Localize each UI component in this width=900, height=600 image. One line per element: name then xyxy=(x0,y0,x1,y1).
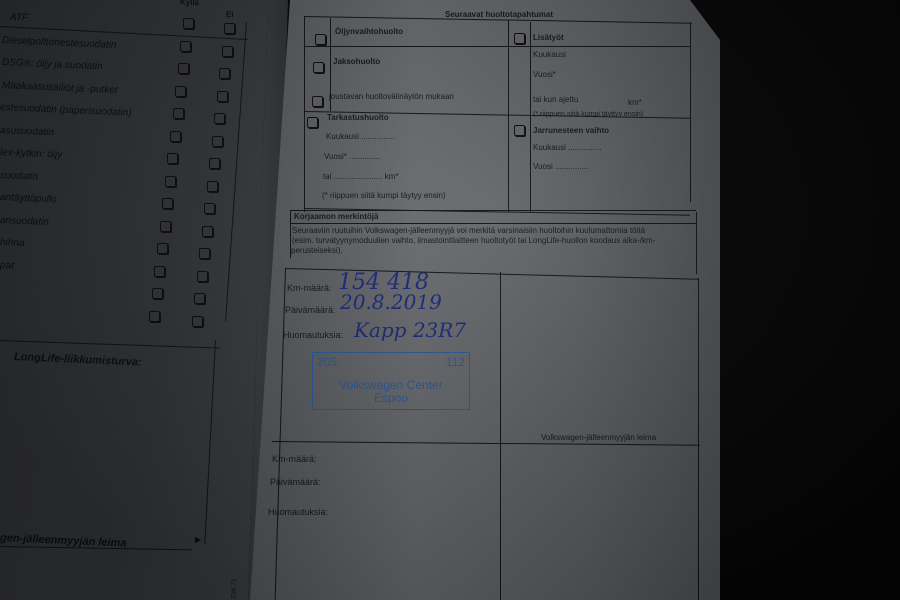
table-right xyxy=(690,22,691,202)
extra-work-or-km: tai kun ajettu xyxy=(533,95,578,104)
entry1-notes-label: Huomautuksia: xyxy=(283,330,343,340)
checkbox-yes[interactable] xyxy=(180,41,191,52)
checkbox-yes[interactable] xyxy=(160,221,171,232)
checkbox-yes[interactable] xyxy=(170,131,181,142)
workshop-notes-line2: (esim. turvatyynymoduulien vaihto, ilmas… xyxy=(292,236,655,245)
checkbox-yes[interactable] xyxy=(152,288,163,299)
inspection-checkbox[interactable] xyxy=(307,117,318,128)
brake-fluid-year: Vuosi ............... xyxy=(533,162,588,171)
checkbox-no[interactable] xyxy=(194,293,205,304)
checkbox-yes[interactable] xyxy=(173,108,184,119)
inspection-month: Kuukausi ............... xyxy=(326,132,394,141)
extra-work-title: Lisätyöt xyxy=(533,33,564,42)
extra-work-note: (* riippuen siitä kumpi täyttyy ensin) xyxy=(533,111,643,118)
entry2-date-label: Päivämäärä: xyxy=(270,477,321,487)
notes-rule xyxy=(290,223,696,224)
column-header-no: Ei xyxy=(226,10,234,19)
checklist-item-label: asusuodatin xyxy=(0,125,54,138)
checkbox-no[interactable] xyxy=(202,226,213,237)
checkbox-no[interactable] xyxy=(222,46,233,57)
checkbox-yes[interactable] xyxy=(157,243,168,254)
checkbox-no[interactable] xyxy=(224,23,235,34)
inspection-year: Vuosi* .............. xyxy=(324,152,380,161)
col-rule xyxy=(508,20,509,212)
stamp-left-code: 205 xyxy=(317,355,337,369)
stamp-right-code: 112 xyxy=(446,355,465,369)
checkbox-no[interactable] xyxy=(209,158,220,169)
brake-fluid-checkbox[interactable] xyxy=(514,125,525,136)
checkbox-yes[interactable] xyxy=(149,311,160,322)
entry2-notes-label: Huomautuksia: xyxy=(268,507,328,517)
oil-service-checkbox[interactable] xyxy=(315,34,326,45)
checklist-item-label: ansuodatin xyxy=(0,215,49,228)
inspection-note: (* riippuen siitä kumpi täytyy ensin) xyxy=(322,191,446,200)
extra-work-month: Kuukausi xyxy=(533,50,566,59)
entry1-km-label: Km-määrä: xyxy=(287,283,332,293)
notes-left xyxy=(290,210,291,258)
entry1-date-label: Päivämäärä: xyxy=(285,305,336,315)
inspection-title: Tarkastushuolto xyxy=(327,113,389,122)
checkbox-yes[interactable] xyxy=(178,63,189,74)
entry1-notes-value[interactable]: Kapp 23R7 xyxy=(354,318,466,342)
stamp-dealer-name: Volkswagen Center Espoo xyxy=(313,379,469,405)
entry-divider xyxy=(500,272,501,600)
checkbox-no[interactable] xyxy=(204,203,215,214)
checklist-item-label: pat xyxy=(0,260,14,272)
interval-service-label: Jaksohuolto xyxy=(333,57,380,66)
dealer-stamp: 205 112 Volkswagen Center Espoo xyxy=(312,352,470,410)
checkbox-yes[interactable] xyxy=(154,266,165,277)
checkbox-yes[interactable] xyxy=(162,198,173,209)
extra-work-year: Vuosi* xyxy=(533,70,556,79)
checklist-item-label: suodatin xyxy=(0,170,38,183)
row-rule xyxy=(508,46,690,47)
checkbox-no[interactable] xyxy=(207,181,218,192)
brake-fluid-month: Kuukausi ............... xyxy=(533,143,601,152)
flexible-display-label: joustavan huoltovälinäytön mukaan xyxy=(329,92,454,101)
notes-top xyxy=(290,210,696,211)
oil-service-label: Öljynvaihtohuolto xyxy=(335,27,403,36)
inspection-or-km: tai ...................... km* xyxy=(323,172,399,181)
checkbox-yes[interactable] xyxy=(183,18,194,29)
page-code: SW.71 xyxy=(231,578,238,599)
checkbox-no[interactable] xyxy=(219,68,230,79)
checkbox-no[interactable] xyxy=(217,91,228,102)
workshop-notes-line3: perusteiseksi). xyxy=(291,246,343,255)
entry1-dealer-stamp-label: Volkswagen-jälleenmyyjän leima xyxy=(541,433,656,442)
checkbox-yes[interactable] xyxy=(167,153,178,164)
interval-service-checkbox[interactable] xyxy=(313,62,324,73)
workshop-notes-line1: Seuraaviin ruutuihin Volkswagen-jälleenm… xyxy=(292,226,645,235)
checklist-item-label: ATF xyxy=(10,12,29,24)
checklist-item-label: hihna xyxy=(0,237,25,249)
checkbox-no[interactable] xyxy=(197,271,208,282)
checkbox-yes[interactable] xyxy=(175,86,186,97)
row-rule xyxy=(304,46,508,47)
checkbox-no[interactable] xyxy=(212,136,223,147)
next-services-title: Seuraavat huoltotapahtumat xyxy=(445,10,553,19)
entry1-date-value[interactable]: 20.8.2019 xyxy=(340,290,442,314)
entry-right xyxy=(698,278,699,600)
arrow-icon: ▶ xyxy=(195,535,201,544)
flexible-service-checkbox[interactable] xyxy=(312,96,323,107)
checkbox-no[interactable] xyxy=(214,113,225,124)
entry2-km-label: Km-määrä: xyxy=(272,454,317,464)
workshop-notes-title: Korjaamon merkintöjä xyxy=(294,212,378,221)
checkbox-no[interactable] xyxy=(199,248,210,259)
notes-right xyxy=(696,212,697,274)
checkbox-no[interactable] xyxy=(192,316,203,327)
checkbox-yes[interactable] xyxy=(165,176,176,187)
extra-work-km: km* xyxy=(628,98,642,107)
col-rule xyxy=(530,22,531,212)
extra-work-checkbox[interactable] xyxy=(514,33,525,44)
brake-fluid-title: Jarrunesteen vaihto xyxy=(533,126,609,135)
column-header-yes: Kyllä xyxy=(180,0,200,7)
stamp-line2: Espoo xyxy=(313,392,469,405)
